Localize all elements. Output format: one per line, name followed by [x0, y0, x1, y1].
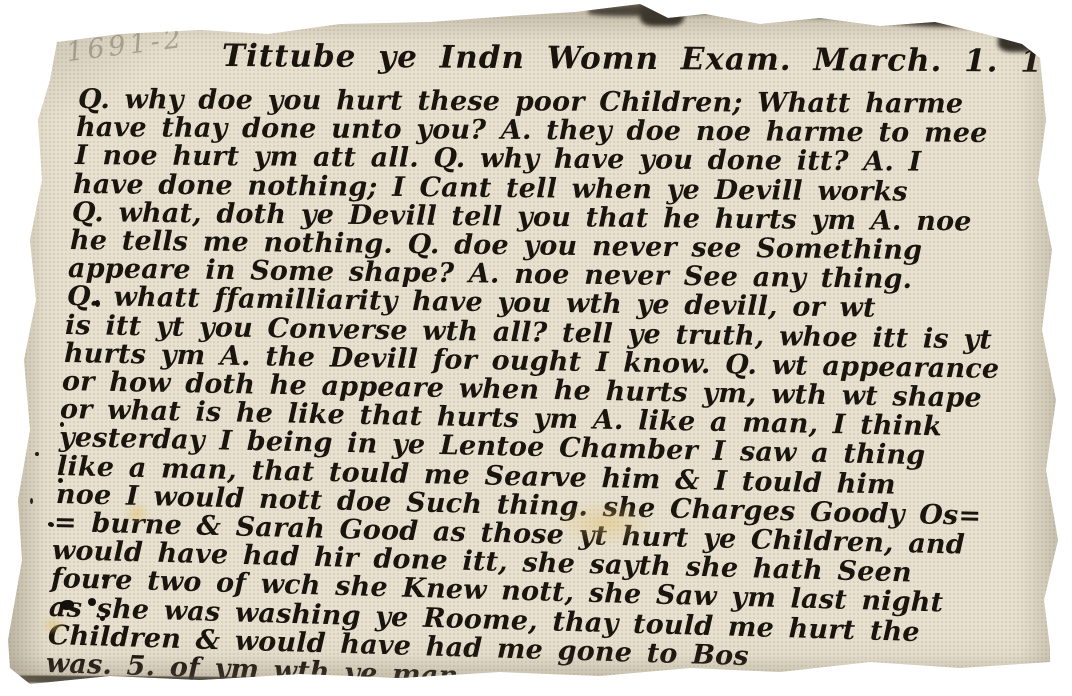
scan-background: 1691-2 Tittube ye Indn Womn Exam. March.… — [0, 0, 1072, 696]
ink-smudge — [770, 9, 890, 18]
manuscript-paper: 1691-2 Tittube ye Indn Womn Exam. March.… — [0, 0, 1072, 696]
paper-crease-shadow — [300, 12, 480, 17]
manuscript-text-block: Q. why doe you hurt these poor Children;… — [0, 0, 1072, 696]
paper-crease-shadow — [95, 18, 335, 28]
